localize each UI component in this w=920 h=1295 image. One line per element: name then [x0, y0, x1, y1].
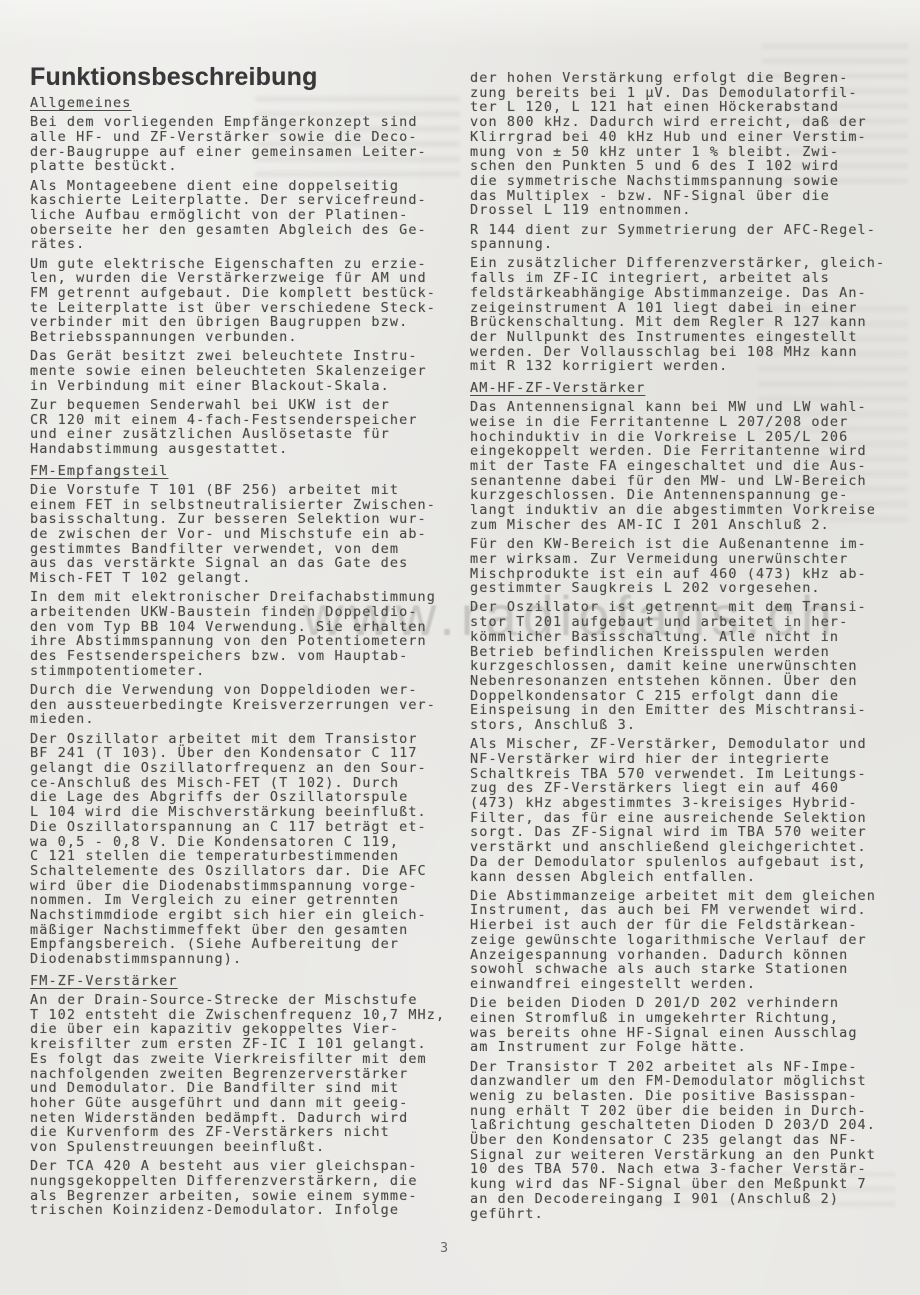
- paragraph: R 144 dient zur Symmetrierung der AFC-Re…: [470, 223, 902, 252]
- paragraph: Der Oszillator ist getrennt mit dem Tran…: [470, 600, 902, 732]
- section-heading-allgemeines: Allgemeines: [30, 96, 462, 111]
- paragraph: Als Mischer, ZF-Verstärker, Demodulator …: [470, 737, 902, 884]
- left-column: Allgemeines Bei dem vorliegenden Empfäng…: [30, 96, 462, 1223]
- paragraph: Ein zusätzlicher Differenzverstärker, gl…: [470, 256, 902, 374]
- paragraph: Der TCA 420 A besteht aus vier gleichspa…: [30, 1159, 462, 1218]
- right-column: der hohen Verstärkung erfolgt die Begren…: [470, 71, 902, 1226]
- paragraph: In dem mit elektronischer Dreifachabstim…: [30, 590, 462, 678]
- section-heading-fm-zf-verstaerker: FM-ZF-Verstärker: [30, 974, 462, 989]
- page-number: 3: [440, 1240, 449, 1256]
- paragraph: Bei dem vorliegenden Empfängerkonzept si…: [30, 115, 462, 174]
- paragraph: Als Montageebene dient eine doppelseitig…: [30, 179, 462, 253]
- paragraph: Durch die Verwendung von Doppeldioden we…: [30, 683, 462, 727]
- paragraph: Der Oszillator arbeitet mit dem Transist…: [30, 732, 462, 967]
- paragraph: Die beiden Dioden D 201/D 202 verhindern…: [470, 996, 902, 1055]
- paragraph: Die Abstimmanzeige arbeitet mit dem glei…: [470, 889, 902, 992]
- paragraph: der hohen Verstärkung erfolgt die Begren…: [470, 71, 902, 218]
- paragraph: Der Transistor T 202 arbeitet als NF-Imp…: [470, 1060, 902, 1222]
- page-title: Funktionsbeschreibung: [30, 63, 318, 92]
- scanned-manual-page: www.radiofans.ch Funktionsbeschreibung A…: [0, 0, 920, 1295]
- paragraph: Für den KW-Bereich ist die Außenantenne …: [470, 537, 902, 596]
- section-heading-am-hf-zf-verstaerker: AM-HF-ZF-Verstärker: [470, 381, 902, 396]
- paragraph: Das Gerät besitzt zwei beleuchtete Instr…: [30, 349, 462, 393]
- paragraph: An der Drain-Source-Strecke der Mischstu…: [30, 993, 462, 1155]
- paragraph: Zur bequemen Senderwahl bei UKW ist der …: [30, 398, 462, 457]
- paragraph: Das Antennensignal kann bei MW und LW wa…: [470, 400, 902, 532]
- section-heading-fm-empfangsteil: FM-Empfangsteil: [30, 464, 462, 479]
- paragraph: Um gute elektrische Eigenschaften zu erz…: [30, 257, 462, 345]
- paragraph: Die Vorstufe T 101 (BF 256) arbeitet mit…: [30, 483, 462, 586]
